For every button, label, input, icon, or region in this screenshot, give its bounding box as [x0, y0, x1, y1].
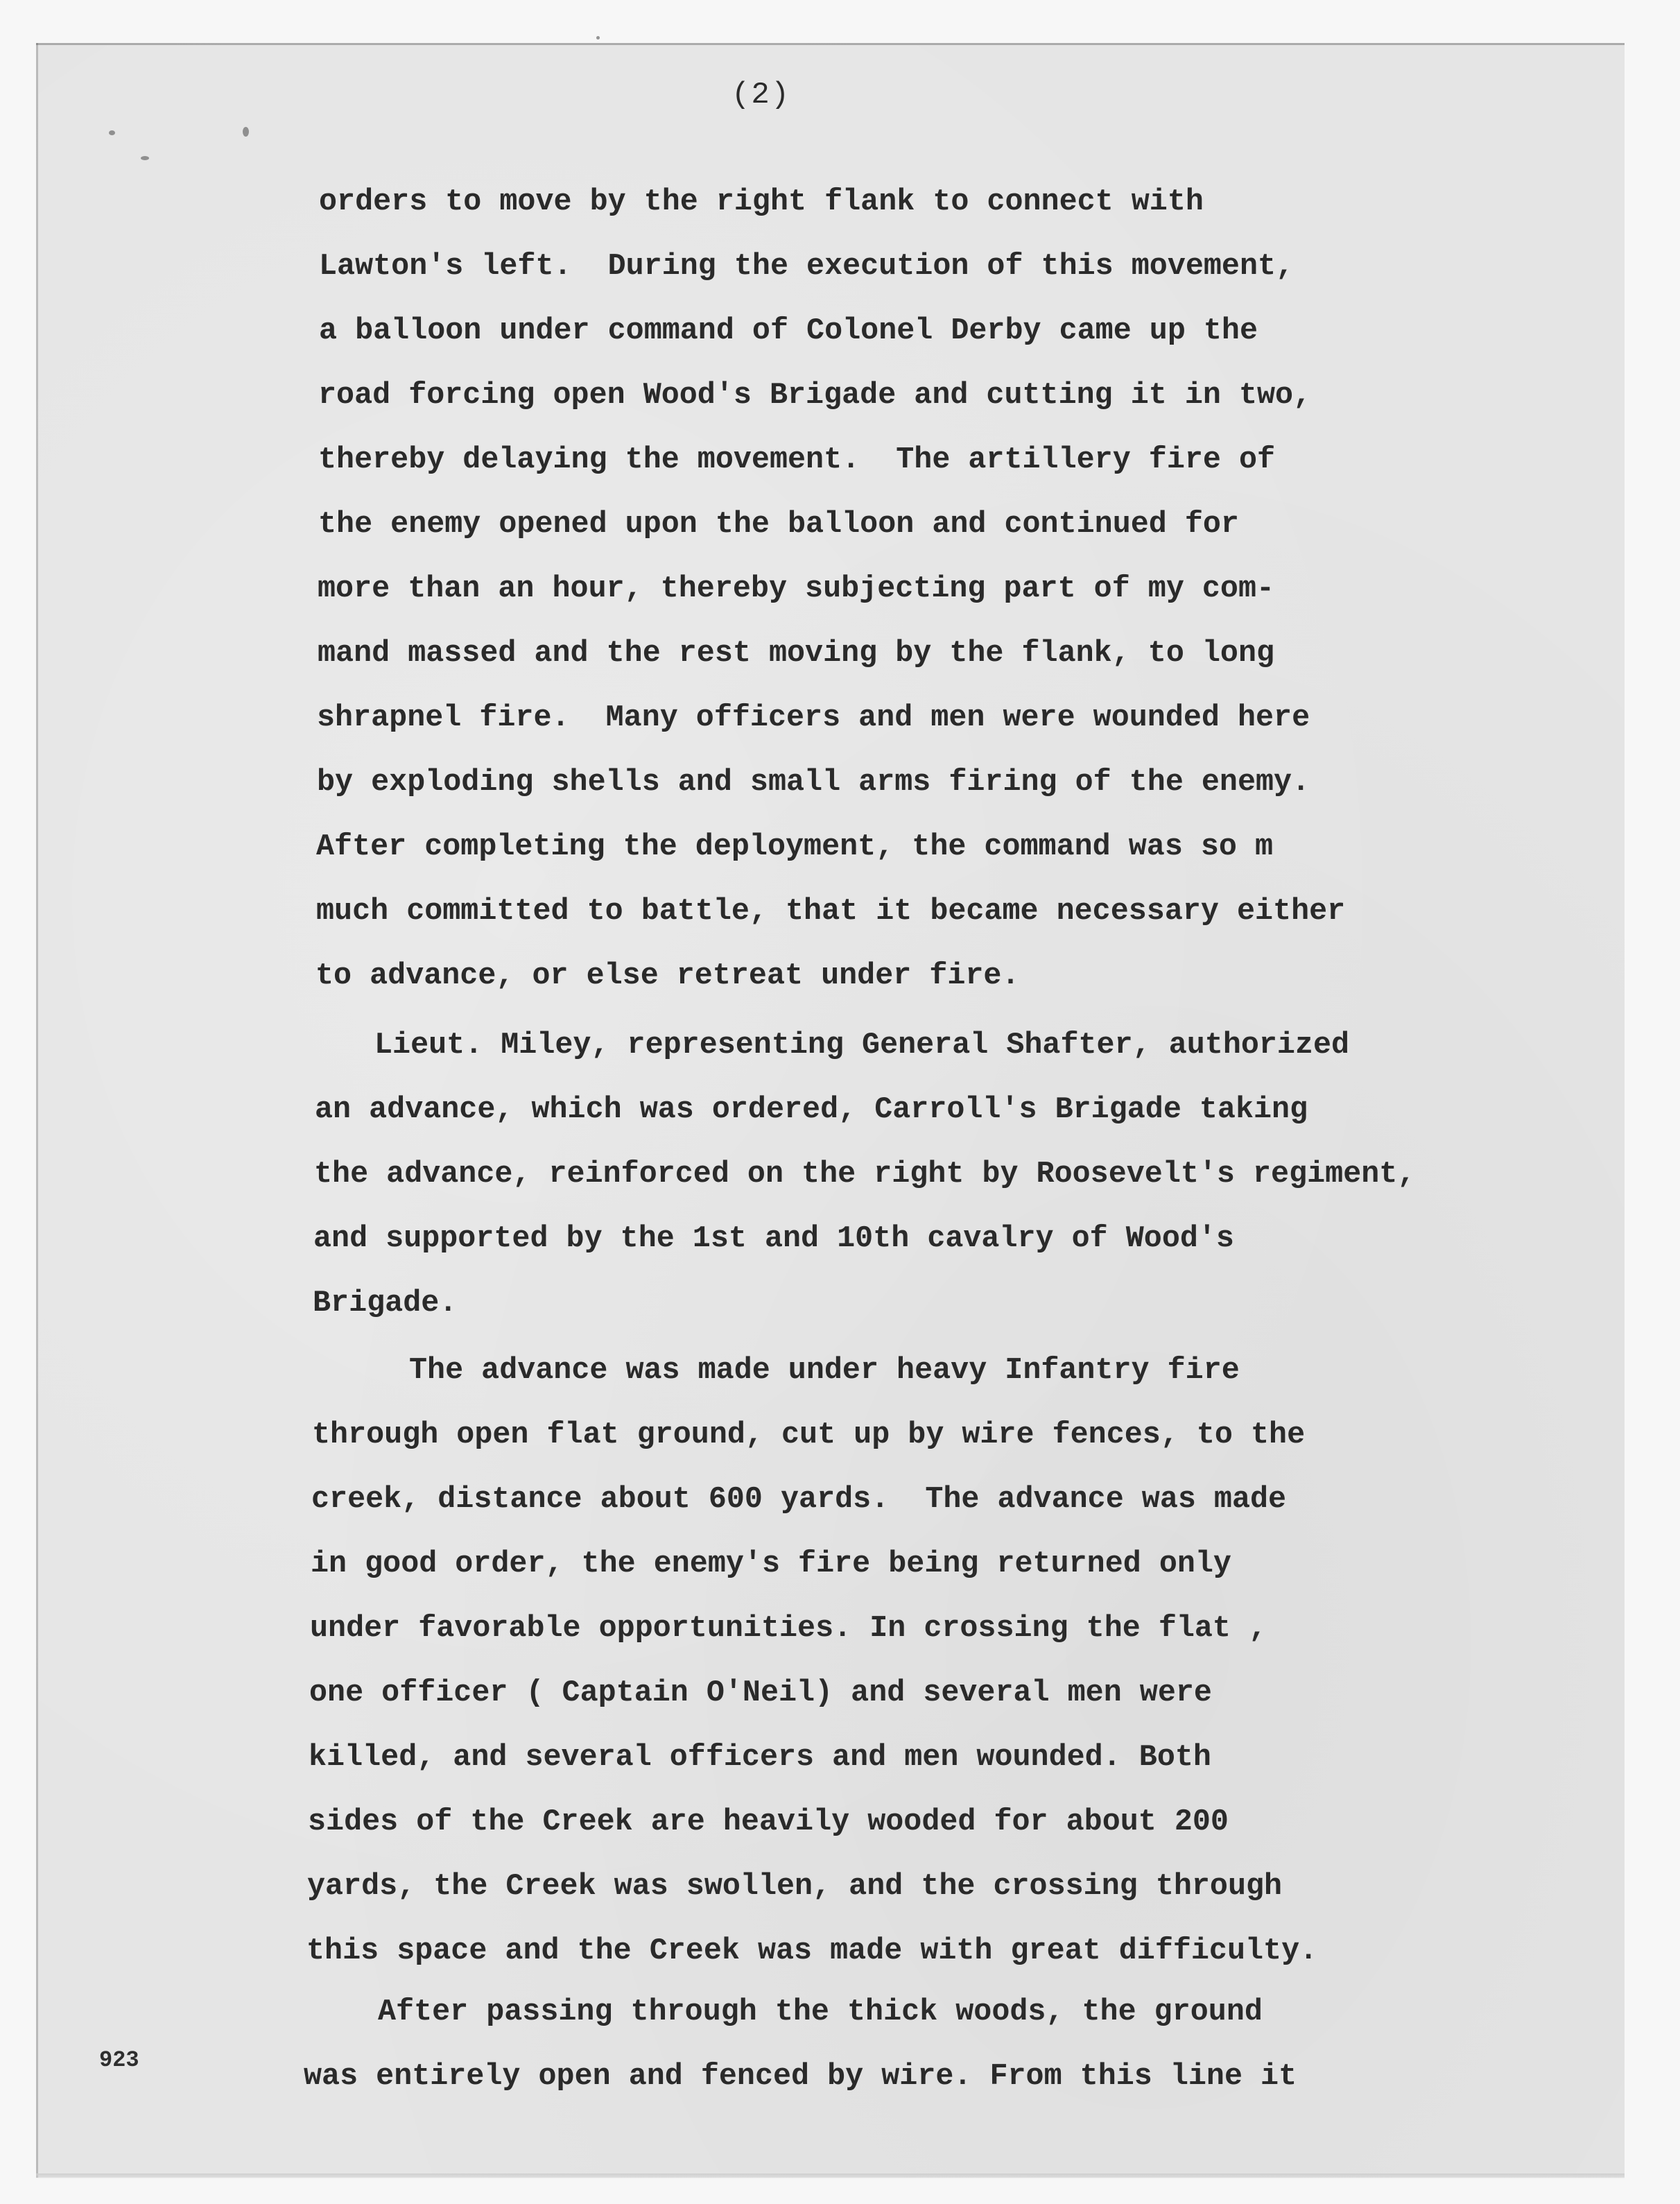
text-line: orders to move by the right flank to con… [319, 187, 1204, 217]
text-line: Brigade. [313, 1289, 457, 1318]
text-line: in good order, the enemy's fire being re… [311, 1549, 1231, 1579]
text-line: Lawton's left. During the execution of t… [319, 252, 1294, 282]
margin-number: 923 [99, 2047, 139, 2073]
text-line: the enemy opened upon the balloon and co… [318, 510, 1239, 540]
text-line: an advance, which was ordered, Carroll's… [315, 1095, 1308, 1125]
text-line: yards, the Creek was swollen, and the cr… [307, 1872, 1282, 1902]
text-line: much committed to battle, that it became… [316, 897, 1345, 927]
text-line: sides of the Creek are heavily wooded fo… [308, 1807, 1229, 1837]
text-line: one officer ( Captain O'Neil) and severa… [309, 1678, 1212, 1708]
page-bottom-edge [36, 2173, 1625, 2179]
paper-speck [141, 156, 149, 160]
text-line: to advance, or else retreat under fire. [315, 961, 1020, 991]
text-line: mand massed and the rest moving by the f… [318, 639, 1274, 669]
text-line: After passing through the thick woods, t… [378, 1997, 1263, 2027]
text-line: the advance, reinforced on the right by … [314, 1160, 1415, 1189]
text-line: killed, and several officers and men wou… [309, 1743, 1211, 1773]
paper-speck [109, 130, 115, 135]
text-line: thereby delaying the movement. The artil… [318, 445, 1275, 475]
paper-speck [243, 127, 249, 137]
text-line: After completing the deployment, the com… [316, 832, 1273, 862]
page-number: (2) [731, 78, 790, 112]
text-line: was entirely open and fenced by wire. Fr… [304, 2062, 1297, 2092]
text-line: shrapnel fire. Many officers and men wer… [317, 703, 1310, 733]
text-line: a balloon under command of Colonel Derby… [319, 316, 1258, 346]
text-line: more than an hour, thereby subjecting pa… [318, 574, 1274, 604]
paper-speck [596, 36, 600, 40]
text-line: and supported by the 1st and 10th cavalr… [313, 1224, 1234, 1254]
text-line: The advance was made under heavy Infantr… [409, 1356, 1240, 1386]
text-line: by exploding shells and small arms firin… [317, 768, 1310, 798]
text-line: Lieut. Miley, representing General Shaft… [374, 1031, 1349, 1060]
text-line: this space and the Creek was made with g… [306, 1936, 1317, 1966]
text-line: under favorable opportunities. In crossi… [310, 1614, 1267, 1644]
text-line: road forcing open Wood's Brigade and cut… [318, 381, 1311, 411]
text-line: through open flat ground, cut up by wire… [312, 1420, 1305, 1450]
text-line: creek, distance about 600 yards. The adv… [311, 1485, 1286, 1515]
